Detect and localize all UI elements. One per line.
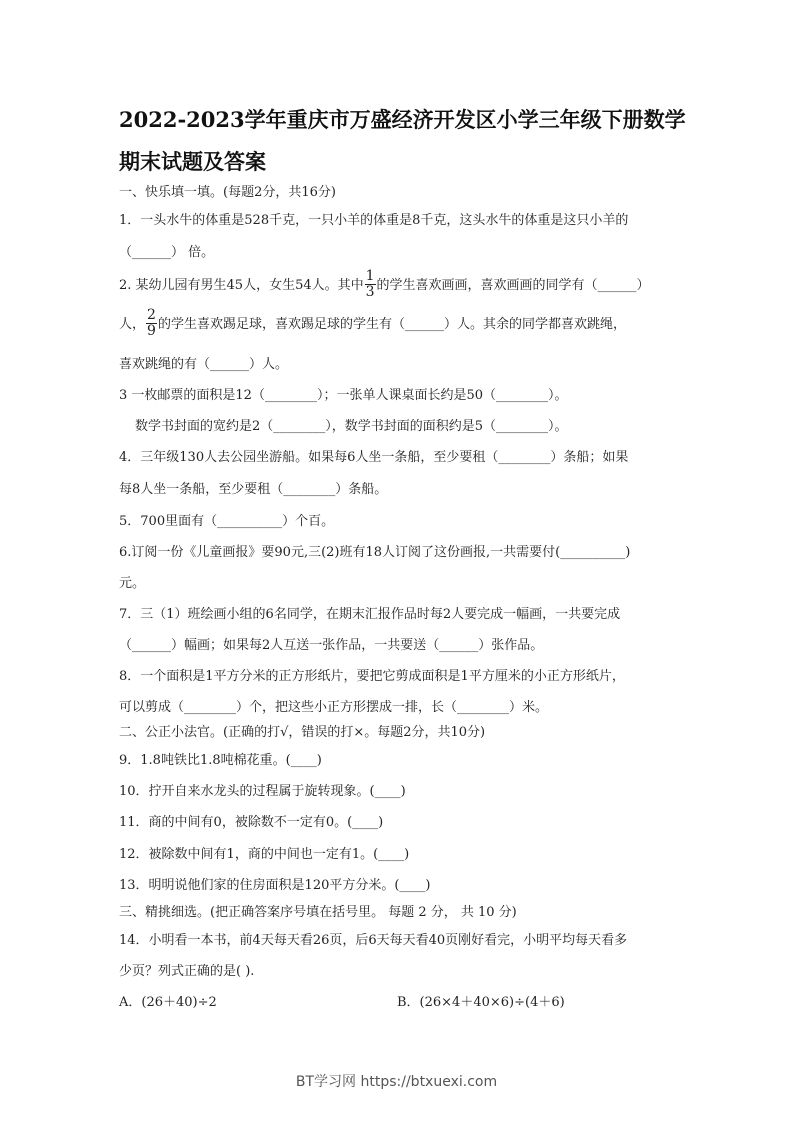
q5-line1: 5．700里面有（__________）个百。: [119, 510, 334, 529]
q9: 9．1.8吨铁比1.8吨棉花重。(____): [119, 749, 322, 768]
q4-line2: 每8人坐一条船，至少要租（________）条船。: [119, 478, 387, 497]
document-page: 2022-2023学年重庆市万盛经济开发区小学三年级下册数学 期末试题及答案 一…: [0, 0, 793, 1122]
q8-line1: 8．一个面积是1平方分米的正方形纸片，要把它剪成面积是1平方厘米的小正方形纸片，: [119, 665, 625, 684]
q2-line2-pre: 人，: [119, 317, 145, 332]
fraction-one-third: 13: [365, 269, 376, 300]
section3-heading: 三、精挑细选。(把正确答案序号填在括号里。 每题 2 分， 共 10 分): [119, 901, 517, 920]
q2-line1-pre: 2. 某幼儿园有男生45人，女生54人。其中: [119, 278, 364, 293]
q14-line2: 少页？列式正确的是( ).: [119, 960, 254, 979]
q2-line1-post: 的学生喜欢画画，喜欢画画的同学有（______）: [377, 278, 650, 293]
q7-line2: （______）幅画；如果每2人互送一张作品，一共要送（______）张作品。: [119, 634, 543, 653]
q6-line2: 元。: [119, 572, 145, 591]
q14-option-a: A．(26＋40)÷2: [119, 991, 217, 1010]
q1-line1: 1．一头水牛的体重是528千克，一只小羊的体重是8千克，这头水牛的体重是这只小羊…: [119, 209, 628, 228]
q14-option-b: B．(26×4＋40×6)÷(4＋6): [397, 991, 565, 1010]
q11: 11．商的中间有0，被除数不一定有0。(____): [119, 811, 383, 830]
q2-line2-post: 的学生喜欢踢足球，喜欢踢足球的学生有（______）人。其余的同学都喜欢跳绳，: [158, 317, 626, 332]
q14-line1: 14．小明看一本书，前4天每天看26页，后6天每天看40页刚好看完，小明平均每天…: [119, 929, 627, 948]
q8-line2: 可以剪成（________）个，把这些小正方形摆成一排，长（________）米…: [119, 696, 548, 715]
fraction-denominator: 9: [146, 324, 157, 339]
q3-line1: 3 一枚邮票的面积是12（________）；一张单人课桌面长约是50（____…: [119, 384, 568, 403]
document-title-line2: 期末试题及答案: [119, 146, 266, 176]
fraction-numerator: 1: [365, 269, 376, 285]
section1-heading: 一、快乐填一填。(每题2分，共16分): [119, 181, 336, 200]
footer-watermark: BT学习网 https://btxuexi.com: [0, 1071, 793, 1091]
q3-line2: 数学书封面的宽约是2（________），数学书封面的面积约是5（_______…: [135, 415, 568, 434]
q12: 12．被除数中间有1，商的中间也一定有1。(____): [119, 843, 409, 862]
q2-line1: 2. 某幼儿园有男生45人，女生54人。其中13的学生喜欢画画，喜欢画画的同学有…: [119, 270, 650, 301]
q2-line3: 喜欢跳绳的有（______）人。: [119, 353, 288, 372]
q1-line2: （______） 倍。: [119, 241, 214, 260]
fraction-numerator: 2: [146, 308, 157, 324]
q2-line2: 人，29的学生喜欢踢足球，喜欢踢足球的学生有（______）人。其余的同学都喜欢…: [119, 309, 626, 340]
q6-line1: 6.订阅一份《儿童画报》要90元,三(2)班有18人订阅了这份画报,一共需要付(…: [119, 541, 630, 560]
fraction-denominator: 3: [365, 285, 376, 300]
q7-line1: 7．三（1）班绘画小组的6名同学，在期末汇报作品时每2人要完成一幅画，一共要完成: [119, 603, 620, 622]
document-title-line1: 2022-2023学年重庆市万盛经济开发区小学三年级下册数学: [119, 104, 686, 134]
section2-heading: 二、公正小法官。(正确的打√，错误的打×。每题2分，共10分): [119, 721, 485, 740]
fraction-two-ninths: 29: [146, 308, 157, 339]
q10: 10．拧开自来水龙头的过程属于旋转现象。(____): [119, 780, 406, 799]
q13: 13．明明说他们家的住房面积是120平方分米。(____): [119, 874, 431, 893]
q4-line1: 4．三年级130人去公园坐游船。如果每6人坐一条船，至少要租（________）…: [119, 446, 628, 465]
